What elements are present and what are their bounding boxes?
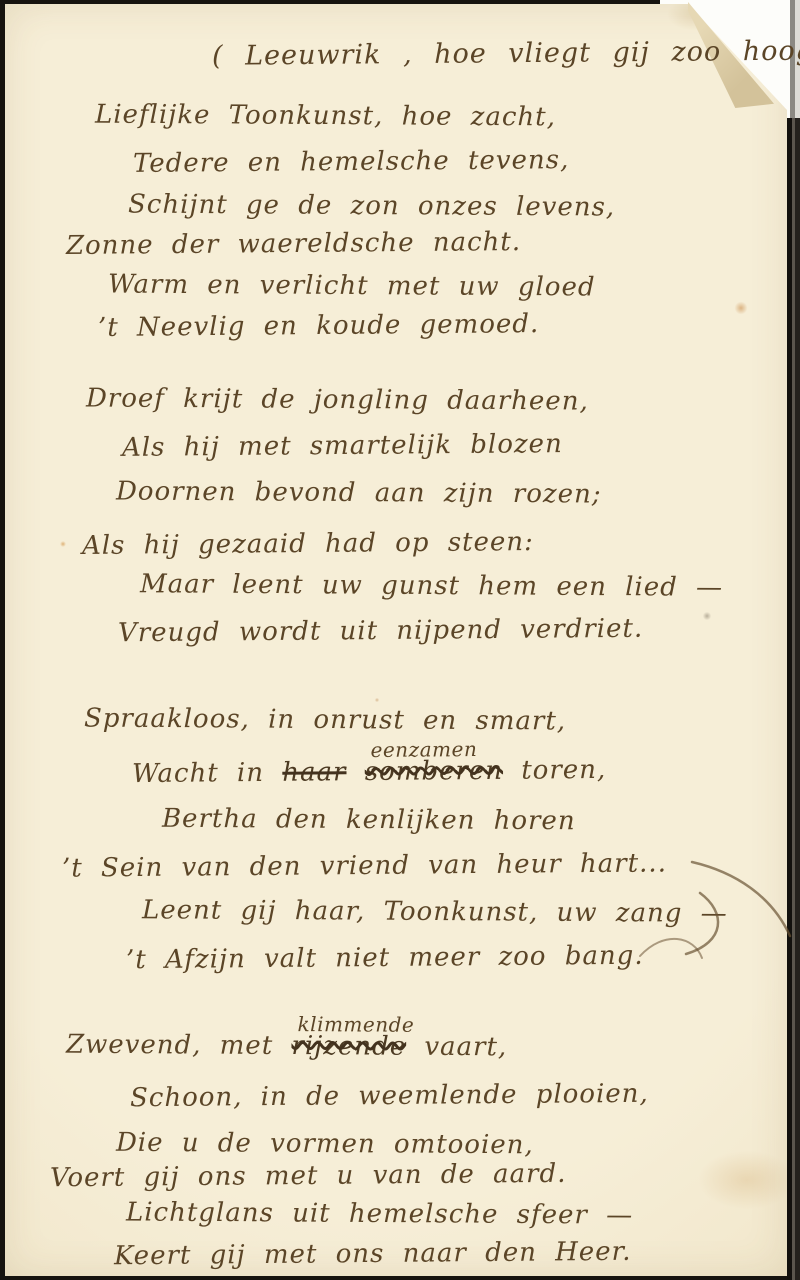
scanned-manuscript-page: ( Leeuwrik , hoe vliegt gij zoo hoog ) L… [0,0,800,1280]
line-text: vaart, [406,1032,507,1063]
poem-line: Voert gij ons met u van de aard. [50,1158,567,1195]
struck-word: sombereneenzamen [365,755,504,788]
poem-line: Spraakloos, in onrust en smart, [84,703,566,738]
poem-line: Lichtglans uit hemelsche sfeer — [126,1196,633,1231]
poem-line: Leent gij haar, Toonkunst, uw zang — [142,894,728,930]
poem-line: Keert gij met ons naar den Heer. [114,1236,632,1273]
poem-line-corrected: Wacht in haar sombereneenzamen toren, [132,754,606,790]
line-text: Zwevend, met [66,1030,292,1061]
poem-line: Lieflijke Toonkunst, hoe zacht, [95,99,556,134]
struck-word: rijzendeklimmende [291,1030,406,1063]
poem-line: Maar leent uw gunst hem een lied — [140,568,723,604]
line-text: Wacht in [132,758,283,789]
poem-title: ( Leeuwrik , hoe vliegt gij zoo hoog ) [212,35,800,73]
poem-line: Als hij met smartelijk blozen [122,428,563,464]
poem-line: Schoon, in de weemlende plooien, [130,1078,649,1115]
poem-line: Bertha den kenlijken horen [162,803,576,838]
poem-line: ’t Afzijn valt niet meer zoo bang. [126,940,644,977]
poem-line: ’t Neevlig en koude gemoed. [98,308,539,344]
poem-line: Schijnt ge de zon onzes levens, [128,189,615,224]
poem-line: Doornen bevond aan zijn rozen; [116,476,602,511]
poem-line: Als hij gezaaid had op steen: [82,526,534,562]
poem-line: ’t Sein van den vriend van heur hart... [62,847,667,884]
poem-line: Vreugd wordt uit nijpend verdriet. [118,613,643,650]
poem-text-layer: ( Leeuwrik , hoe vliegt gij zoo hoog ) L… [0,0,800,1280]
poem-line: Zonne der waereldsche nacht. [66,226,521,262]
poem-line: Droef krijt de jongling daarheen, [86,382,589,417]
inserted-word: klimmende [298,1008,415,1041]
poem-line: Warm en verlicht met uw gloed [108,269,596,304]
inserted-word: eenzamen [370,733,477,766]
poem-line: Die u de vormen omtooien, [116,1127,534,1162]
line-text: toren, [503,755,606,786]
struck-word: haar [282,756,346,789]
poem-line: Tedere en hemelsche tevens, [133,144,570,180]
poem-line-corrected: Zwevend, met rijzendeklimmende vaart, [66,1029,507,1064]
